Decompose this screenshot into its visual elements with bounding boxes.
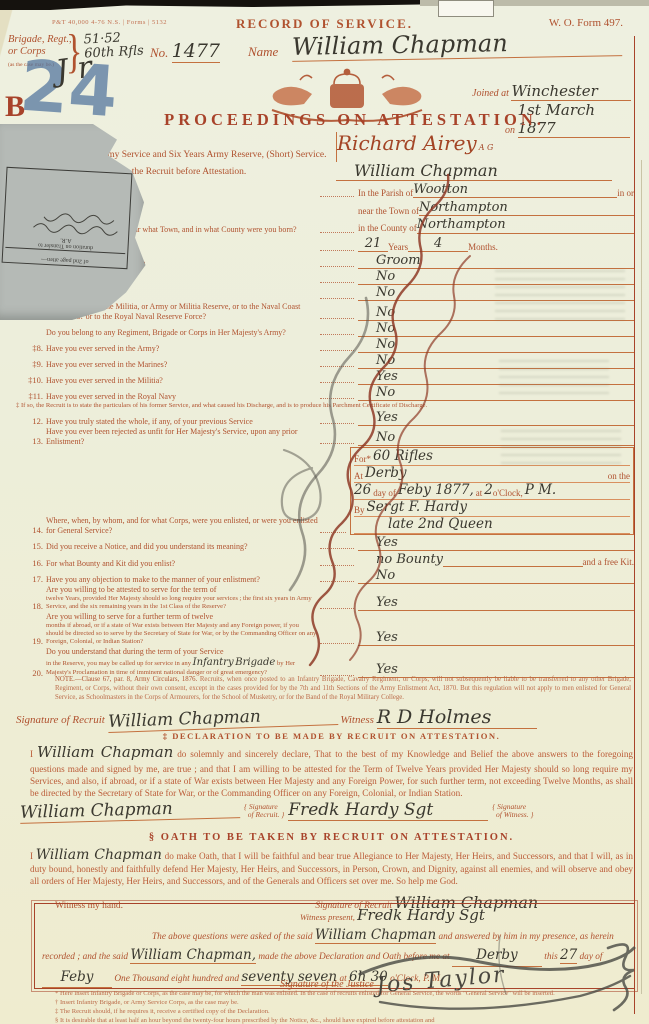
bounty-answer: no Bounty xyxy=(358,552,443,567)
question-13: Have you ever been rejected as unfit for… xyxy=(46,427,318,446)
note-label: NOTE.—Clause 67, par. 8, Army Circulars,… xyxy=(55,676,197,683)
declaration-signature-row: William Chapman { Signature of Recruit. … xyxy=(20,800,633,830)
joined-at-value: Winchester xyxy=(511,82,597,100)
question-14: Where, when, by whom, and for what Corps… xyxy=(46,502,318,535)
approver-initials: A G xyxy=(479,143,494,152)
enlisted-for-corps: 60 Rifles xyxy=(373,449,433,465)
dagger-footnote: ‡ If so, the Recruit is to state the par… xyxy=(16,402,634,410)
question-11: Have you ever served in the Royal Navy xyxy=(46,392,318,401)
witness-signature-1: R D Holmes xyxy=(377,706,537,729)
declaration-title: ‡ DECLARATION TO BE MADE BY RECRUIT ON A… xyxy=(30,731,633,742)
joined-at-row: Joined at Winchester xyxy=(472,82,631,101)
inserted-word-brigade: Brigade xyxy=(235,657,275,668)
inserted-word-infantry: Infantry xyxy=(193,657,234,668)
transfer-stamp: of 2nd page atten— duration on Transfer … xyxy=(2,167,133,269)
question-7b: Do you belong to any Regiment, Brigade o… xyxy=(46,328,318,337)
recruit-signature-2: William Chapman xyxy=(20,797,240,824)
name-label: Name xyxy=(248,44,278,60)
note-paragraph: NOTE.—Clause 67, par. 8, Army Circulars,… xyxy=(55,676,631,702)
footnotes: * Here insert Infantry Brigade or Corps,… xyxy=(55,990,633,1024)
witness-signature-2: Fredk Hardy Sgt xyxy=(288,800,488,821)
enlisted-meridiem: P M. xyxy=(525,483,557,499)
question-20: Do you understand that during the term o… xyxy=(46,647,318,677)
oath-section: § OATH TO BE TAKEN BY RECRUIT ON ATTESTA… xyxy=(30,831,633,888)
parish-value: Wootton xyxy=(413,182,468,197)
question-15: Did you receive a Notice, and did you un… xyxy=(46,542,318,551)
section-title: PROCEEDINGS ON ATTESTATION. xyxy=(90,110,619,130)
declaration-name: William Chapman xyxy=(37,743,173,761)
question-18: Are you willing to be attested to serve … xyxy=(46,585,318,611)
footnote-1: * Here insert Infantry Brigade or Corps,… xyxy=(55,990,633,999)
attestation-form-page: P&T 40,000 4-76 N.S. | Forms | 5132 RECO… xyxy=(0,0,649,1024)
regimental-number-value: 1477 xyxy=(172,40,220,63)
recruit-signature-1: William Chapman xyxy=(107,704,338,733)
age-months: 4 xyxy=(408,236,468,252)
question-12: Have you truly stated the whole, if any,… xyxy=(46,417,318,426)
footnote-2: † Insert Infantry Brigade, or Army Servi… xyxy=(55,999,633,1008)
question-10: Have you ever served in the Militia? xyxy=(46,376,318,385)
bleed-through-text xyxy=(501,430,621,464)
question-17: Have you any objection to make to the ma… xyxy=(46,575,318,584)
enlisted-by: Sergt F. Hardy xyxy=(367,500,467,516)
stencil-letter-b: B xyxy=(5,90,25,124)
justice-name-2: William Chapman, xyxy=(130,947,256,964)
approver-signature: Richard Airey xyxy=(337,131,477,155)
page-right-edge xyxy=(641,160,642,994)
oath-name: William Chapman xyxy=(36,847,162,863)
footnote-4: § It is desirable that at least half an … xyxy=(55,1017,633,1024)
paper-tab xyxy=(438,0,494,17)
enlisted-by-unit: late 2nd Queen xyxy=(388,517,493,533)
enlisted-at-place: Derby xyxy=(365,466,608,482)
form-right-border xyxy=(634,36,637,1014)
bleed-through-text xyxy=(495,270,625,326)
question-19: Are you willing to serve for a further t… xyxy=(46,612,318,646)
ink-initials: J r xyxy=(54,50,94,90)
answer-trade: Groom xyxy=(358,254,634,269)
bleed-through-text xyxy=(499,360,609,400)
oath-day: 27 xyxy=(560,947,577,964)
age-years: 21 xyxy=(358,236,388,252)
oath-title: § OATH TO BE TAKEN BY RECRUIT ON ATTESTA… xyxy=(30,831,633,845)
question-9: Have you ever served in the Marines? xyxy=(46,360,318,369)
footnote-3: ‡ The Recruit should, if he requires it,… xyxy=(55,1008,633,1017)
county-value: Northampton xyxy=(417,217,506,232)
torn-edge-strip xyxy=(0,0,420,10)
enlisted-hour: 2 xyxy=(484,483,493,499)
justice-name-1: William Chapman xyxy=(315,927,436,944)
question-16: For what Bounty and Kit did you enlist? xyxy=(46,559,318,568)
enlisted-day: 26 xyxy=(354,483,371,499)
town-value: Northampton xyxy=(419,200,508,215)
declaration-section: ‡ DECLARATION TO BE MADE BY RECRUIT ON A… xyxy=(30,731,633,800)
recruit-name-header: William Chapman xyxy=(292,27,622,62)
regimental-number: No. 1477 xyxy=(150,40,220,62)
answer-parish-block: In the Parish ofWoottonin or xyxy=(358,182,634,199)
answer-name: William Chapman xyxy=(336,163,612,181)
enlisted-month-year: Feby 1877, xyxy=(398,483,474,499)
attestation-signature-row: Signature of Recruit William Chapman Wit… xyxy=(16,706,633,730)
oath-month: Feby xyxy=(42,967,112,988)
question-8: Have you ever served in the Army? xyxy=(46,344,318,353)
